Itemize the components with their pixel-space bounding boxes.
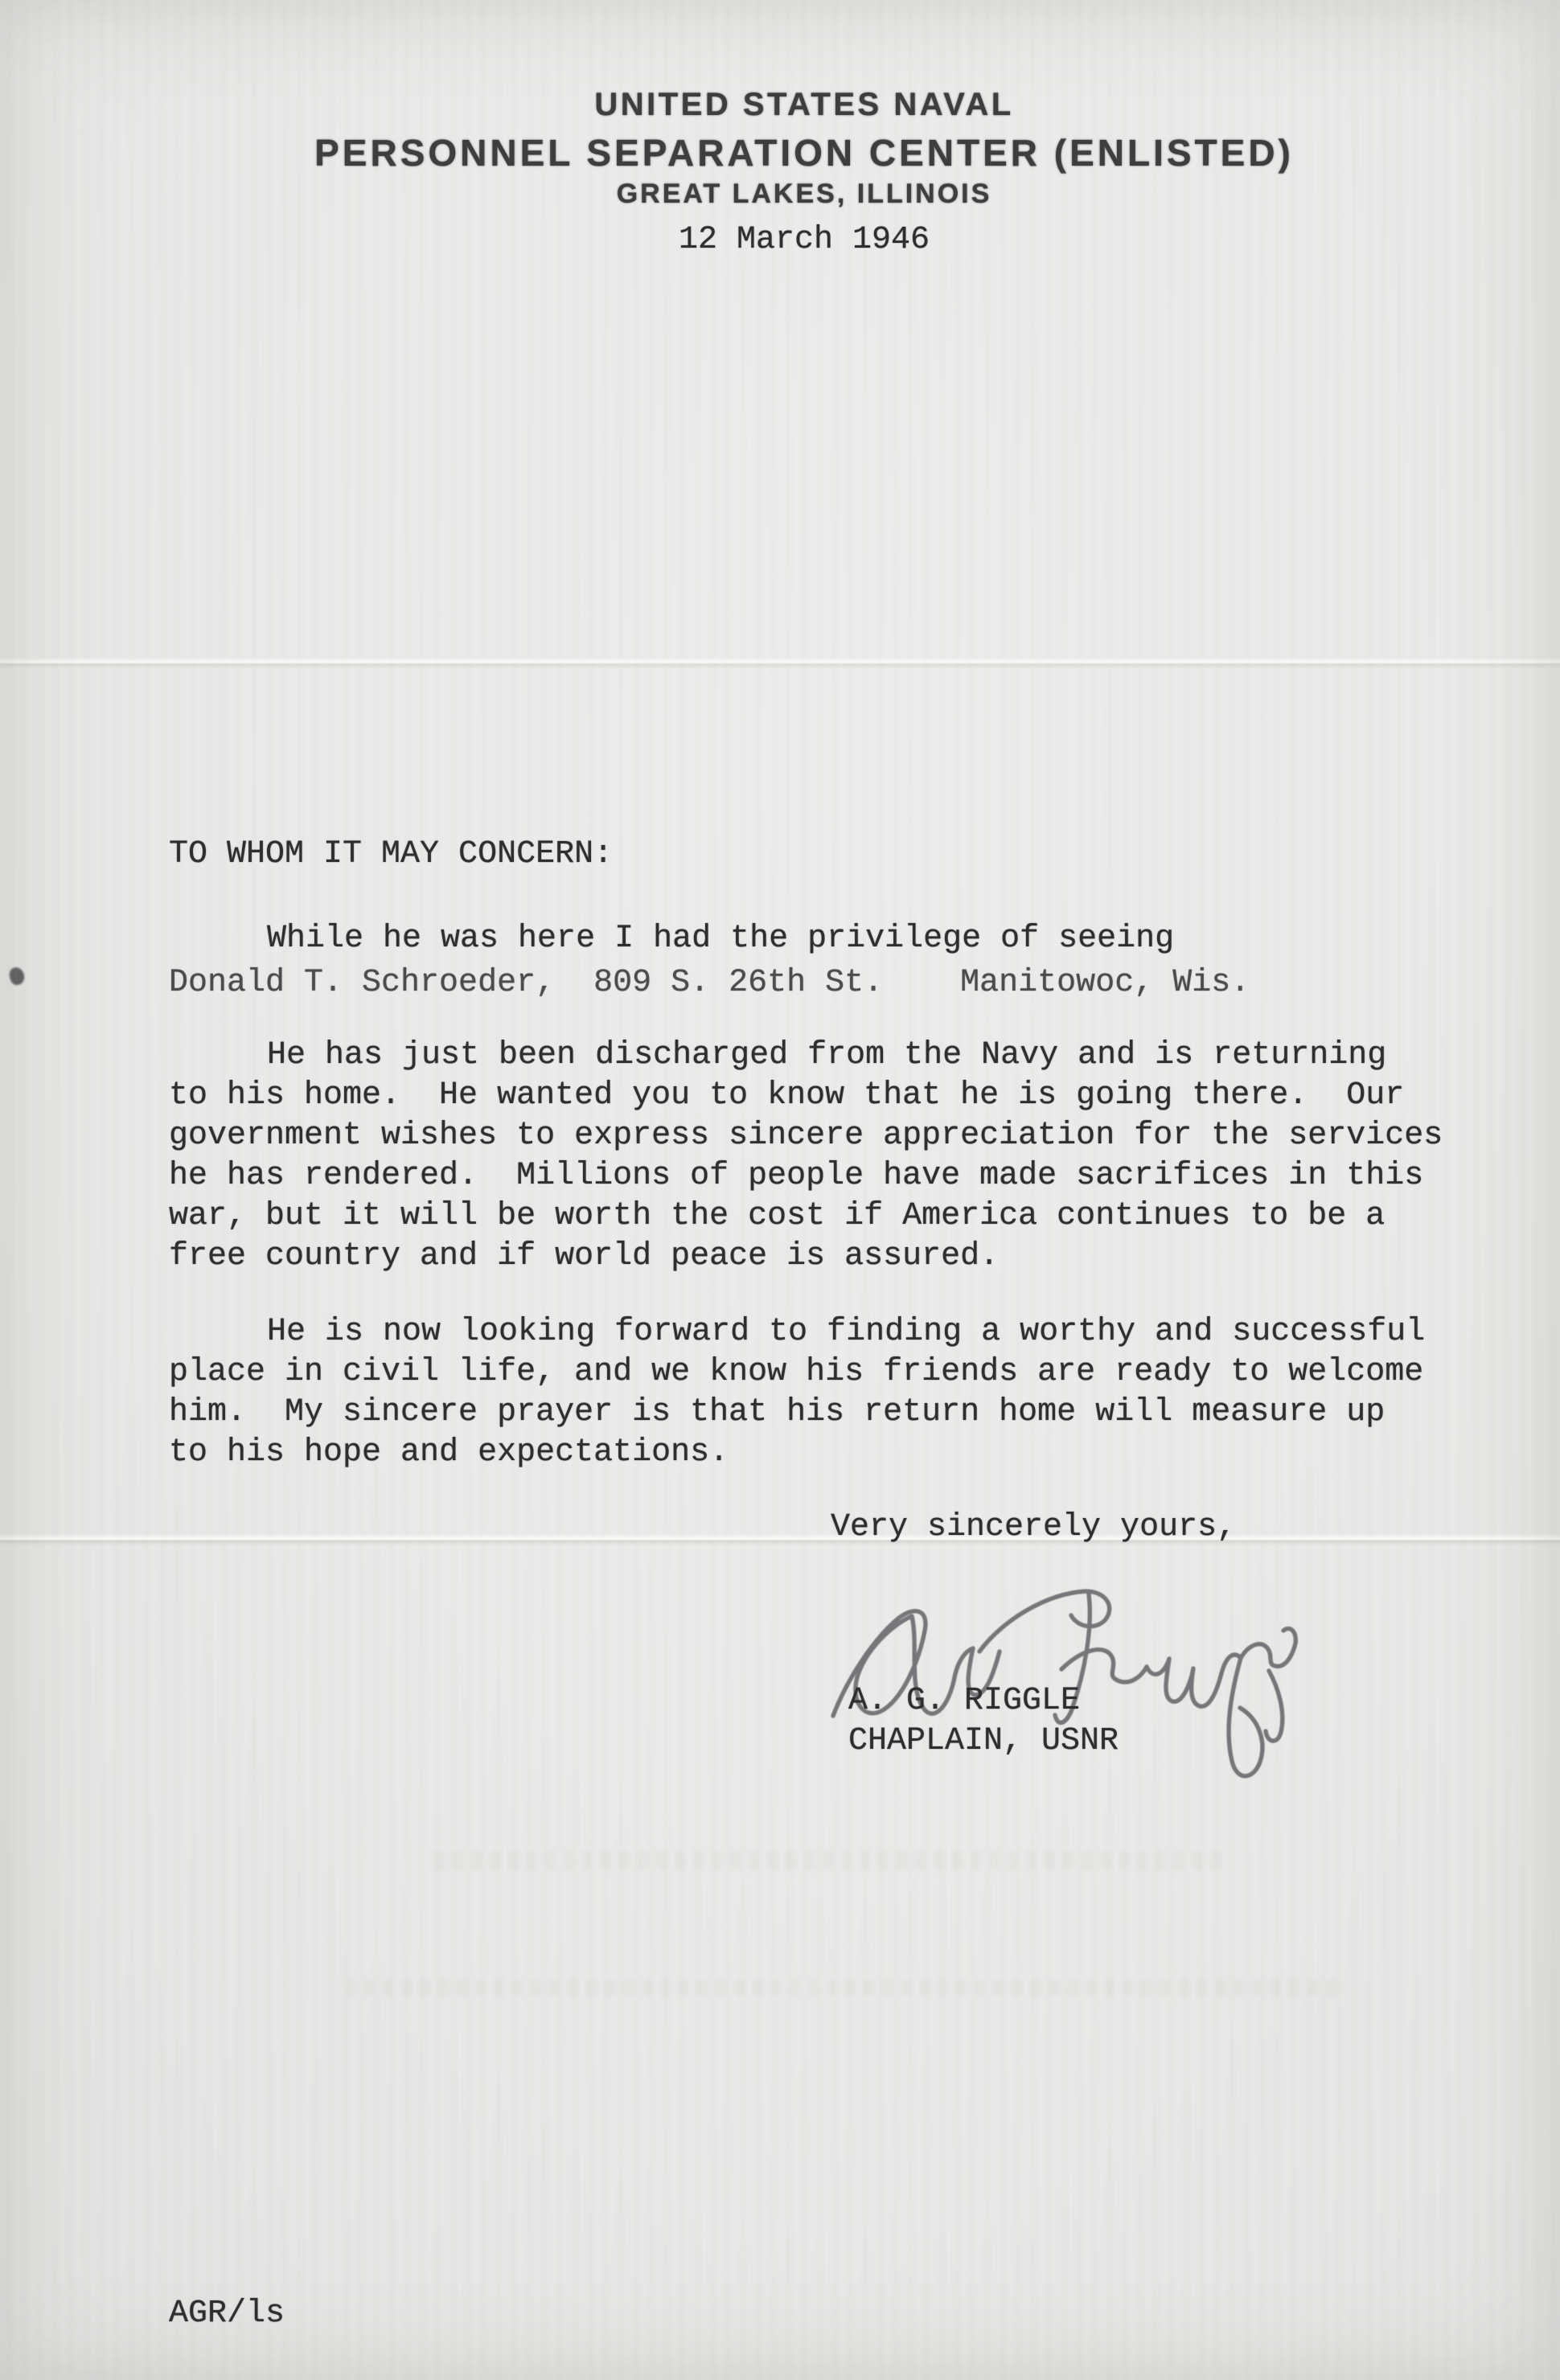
letter-document: UNITED STATES NAVAL PERSONNEL SEPARATION… — [0, 0, 1560, 2380]
letterhead-line2: PERSONNEL SEPARATION CENTER (ENLISTED) — [48, 131, 1560, 174]
letterhead-line1: UNITED STATES NAVAL — [48, 87, 1560, 123]
ink-blot — [8, 966, 27, 987]
reference-initials: AGR/ls — [169, 2294, 285, 2334]
date-line: 12 March 1946 — [48, 220, 1560, 261]
paragraph-1-intro: While he was here I had the privilege of… — [169, 919, 1504, 959]
bleed-through-smudge — [346, 1980, 1343, 1996]
paper-crease-top — [0, 658, 1560, 669]
paragraph-2: He has just been discharged from the Nav… — [169, 1036, 1520, 1277]
paper-crease-middle — [0, 1534, 1560, 1545]
recipient-fill-in-line: Donald T. Schroeder, 809 S. 26th St. Man… — [169, 963, 1536, 1003]
signer-title: CHAPLAIN, USNR — [848, 1721, 1119, 1762]
letterhead-line3: GREAT LAKES, ILLINOIS — [48, 178, 1560, 210]
salutation: TO WHOM IT MAY CONCERN: — [169, 835, 613, 875]
paragraph-3: He is now looking forward to finding a w… — [169, 1312, 1520, 1473]
closing-line: Very sincerely yours, — [831, 1508, 1236, 1548]
bleed-through-smudge — [434, 1851, 1222, 1870]
signer-name: A. G. RIGGLE — [848, 1681, 1080, 1721]
